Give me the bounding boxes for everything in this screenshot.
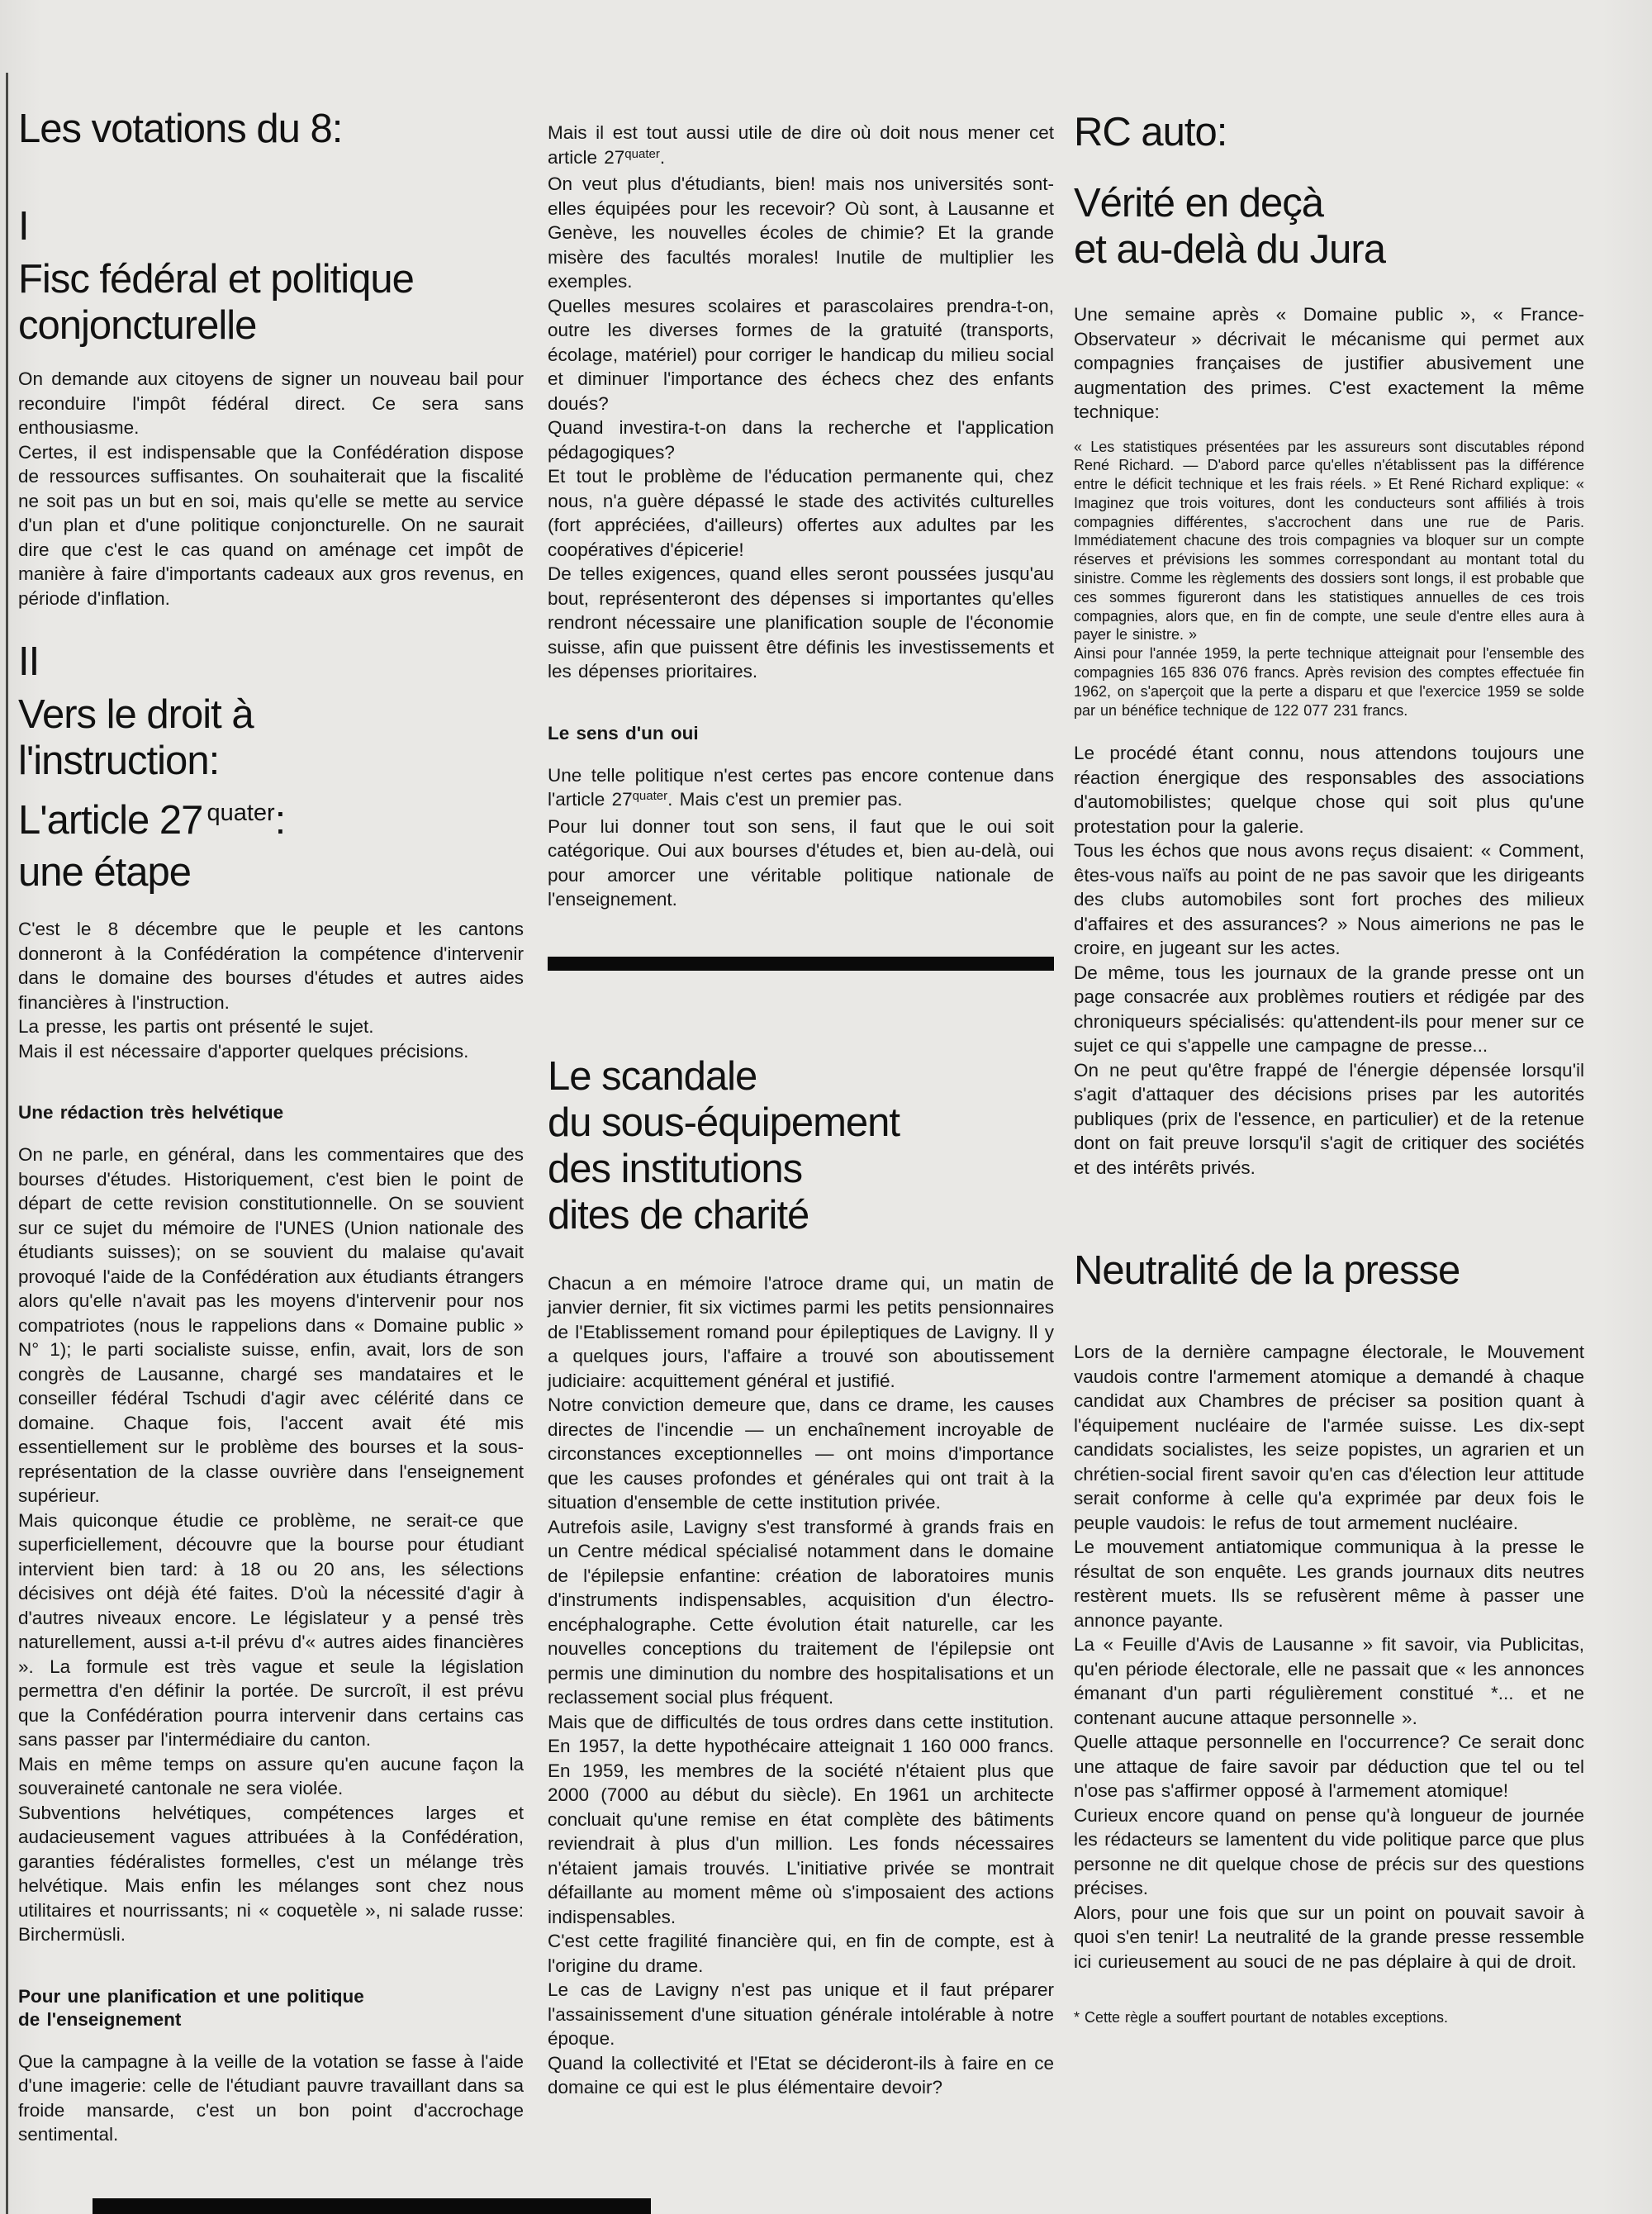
paragraph: Quelle attaque personnelle en l'occurren… — [1074, 1730, 1584, 1803]
section-divider-rule — [548, 957, 1054, 971]
article-rc-auto: RC auto: Vérité en deçà et au-delà du Ju… — [1074, 109, 1584, 1180]
paragraph: De telles exigences, quand elles seront … — [548, 562, 1054, 684]
paragraph: C'est le 8 décembre que le peuple et les… — [18, 917, 524, 1014]
article-5-title: Neutralité de la presse — [1074, 1247, 1584, 1294]
title-line: une étape — [18, 849, 524, 896]
subtitle-superscript: quater — [206, 800, 274, 826]
paragraph: On ne peut qu'être frappé de l'énergie d… — [1074, 1058, 1584, 1181]
superscript-quater: quater — [624, 147, 660, 161]
article-5-body: Lors de la dernière campagne électorale,… — [1074, 1340, 1584, 1974]
paragraph-text: . — [660, 147, 665, 168]
paragraph: Quelles mesures scolaires et parascolair… — [548, 294, 1054, 416]
article-2-continuation: Mais il est tout aussi utile de dire où … — [548, 121, 1054, 912]
subhead-planification: Pour une planification et une politique … — [18, 1985, 524, 2031]
subhead-line: de l'enseignement — [18, 2008, 524, 2031]
title-line: Vers le droit à — [18, 691, 524, 738]
paragraph: De même, tous les journaux de la grande … — [1074, 961, 1584, 1058]
footnote: * Cette règle a souffert pourtant de not… — [1074, 2008, 1584, 2027]
paragraph-text: . Mais c'est un premier pas. — [667, 789, 902, 810]
article-4-kicker: RC auto: — [1074, 109, 1584, 155]
paragraph: Une telle politique n'est certes pas enc… — [548, 763, 1054, 815]
article-2-number: II — [18, 639, 524, 685]
quote-paragraph: « Les statistiques présentées par les as… — [1074, 438, 1584, 645]
subtitle-colon: : — [275, 798, 286, 843]
article-2-subtitle: L'article 27quater: une étape — [18, 797, 524, 896]
paragraph: La presse, les partis ont présenté le su… — [18, 1014, 524, 1039]
newspaper-page: Les votations du 8: I Fisc fédéral et po… — [0, 0, 1652, 2214]
paragraph: Quand investira-t-on dans la recherche e… — [548, 416, 1054, 464]
paragraph: La « Feuille d'Avis de Lausanne » fit sa… — [1074, 1632, 1584, 1730]
article-2-intro: C'est le 8 décembre que le peuple et les… — [18, 917, 524, 1063]
title-line: du sous-équipement — [548, 1100, 1054, 1146]
paragraph: Chacun a en mémoire l'atroce drame qui, … — [548, 1271, 1054, 1394]
paragraph: Mais que de difficultés de tous ordres d… — [548, 1710, 1054, 1930]
paragraph: Notre conviction demeure que, dans ce dr… — [548, 1393, 1054, 1515]
scan-bottom-bar — [93, 2198, 651, 2214]
article-1-title: Fisc fédéral et politique conjoncturelle — [18, 256, 524, 349]
paragraph: Mais il est nécessaire d'apporter quelqu… — [18, 1039, 524, 1064]
paragraph: Certes, il est indispensable que la Conf… — [18, 440, 524, 611]
title-line: Vérité en deçà — [1074, 180, 1584, 226]
article-1-body: On demande aux citoyens de signer un nou… — [18, 367, 524, 611]
column-middle: Mais il est tout aussi utile de dire où … — [548, 0, 1054, 2100]
paragraph: Subventions helvétiques, compétences lar… — [18, 1801, 524, 1947]
title-line: Le scandale — [548, 1053, 1054, 1100]
subhead-sens-dun-oui: Le sens d'un oui — [548, 722, 1054, 745]
subtitle-text: L'article 27 — [18, 798, 202, 843]
article-4-intro: Une semaine après « Domaine public », « … — [1074, 302, 1584, 425]
paragraph: Le cas de Lavigny n'est pas unique et il… — [548, 1978, 1054, 2051]
article-neutralite-presse: Neutralité de la presse Lors de la derni… — [1074, 1247, 1584, 2027]
article-2-conclusion: Que la campagne à la veille de la votati… — [18, 2050, 524, 2147]
scan-left-edge-line — [6, 73, 8, 2214]
title-line: L'article 27quater: — [18, 797, 524, 849]
paragraph: Et tout le problème de l'éducation perma… — [548, 464, 1054, 562]
page-kicker: Les votations du 8: — [18, 106, 524, 152]
paragraph-text: Mais il est tout aussi utile de dire où … — [548, 122, 1054, 168]
paragraph: Pour lui donner tout son sens, il faut q… — [548, 815, 1054, 912]
paragraph: Le procédé étant connu, nous attendons t… — [1074, 741, 1584, 839]
paragraph: Que la campagne à la veille de la votati… — [18, 2050, 524, 2147]
title-line: des institutions — [548, 1146, 1054, 1192]
sens-dun-oui-body: Une telle politique n'est certes pas enc… — [548, 763, 1054, 912]
article-4-body: Le procédé étant connu, nous attendons t… — [1074, 741, 1584, 1180]
article-4-quote-block: « Les statistiques présentées par les as… — [1074, 438, 1584, 720]
paragraph: Mais quiconque étudie ce problème, ne se… — [18, 1508, 524, 1752]
paragraph: Alors, pour une fois que sur un point on… — [1074, 1901, 1584, 1974]
paragraph: On ne parle, en général, dans les commen… — [18, 1143, 524, 1508]
superscript-quater: quater — [633, 789, 668, 803]
article-fisc-federal: I Fisc fédéral et politique conjoncturel… — [18, 203, 524, 611]
paragraph: Quand la collectivité et l'Etat se décid… — [548, 2051, 1054, 2100]
paragraph: C'est cette fragilité financière qui, en… — [548, 1929, 1054, 1978]
article-1-number: I — [18, 203, 524, 249]
article-scandale-lavigny: Le scandale du sous-équipement des insti… — [548, 1053, 1054, 2100]
quote-paragraph: Ainsi pour l'année 1959, la perte techni… — [1074, 644, 1584, 720]
paragraph: Lors de la dernière campagne électorale,… — [1074, 1340, 1584, 1535]
subhead-redaction-helvetique: Une rédaction très helvétique — [18, 1101, 524, 1124]
paragraph: Curieux encore quand on pense qu'à longu… — [1074, 1803, 1584, 1901]
title-line: et au-delà du Jura — [1074, 226, 1584, 273]
title-line: Fisc fédéral et politique — [18, 256, 524, 302]
title-line: dites de charité — [548, 1192, 1054, 1238]
paragraph: Une semaine après « Domaine public », « … — [1074, 302, 1584, 425]
paragraph: Autrefois asile, Lavigny s'est transform… — [548, 1515, 1054, 1710]
article-droit-instruction: II Vers le droit à l'instruction: L'arti… — [18, 639, 524, 2147]
paragraph: On veut plus d'étudiants, bien! mais nos… — [548, 172, 1054, 294]
continuation-body: Mais il est tout aussi utile de dire où … — [548, 121, 1054, 684]
article-2-body: On ne parle, en général, dans les commen… — [18, 1143, 524, 1947]
article-3-title: Le scandale du sous-équipement des insti… — [548, 1053, 1054, 1238]
article-2-title: Vers le droit à l'instruction: — [18, 691, 524, 784]
title-line: conjoncturelle — [18, 302, 524, 349]
paragraph: Le mouvement antiatomique communiqua à l… — [1074, 1535, 1584, 1632]
article-4-title: Vérité en deçà et au-delà du Jura — [1074, 180, 1584, 273]
article-3-body: Chacun a en mémoire l'atroce drame qui, … — [548, 1271, 1054, 2100]
title-line: l'instruction: — [18, 738, 524, 784]
paragraph: Tous les échos que nous avons reçus disa… — [1074, 839, 1584, 961]
paragraph: On demande aux citoyens de signer un nou… — [18, 367, 524, 440]
paragraph: Mais en même temps on assure qu'en aucun… — [18, 1752, 524, 1801]
column-left: Les votations du 8: I Fisc fédéral et po… — [18, 0, 524, 2147]
subhead-line: Pour une planification et une politique — [18, 1985, 524, 2008]
column-right: RC auto: Vérité en deçà et au-delà du Ju… — [1074, 0, 1584, 2042]
paragraph: Mais il est tout aussi utile de dire où … — [548, 121, 1054, 172]
